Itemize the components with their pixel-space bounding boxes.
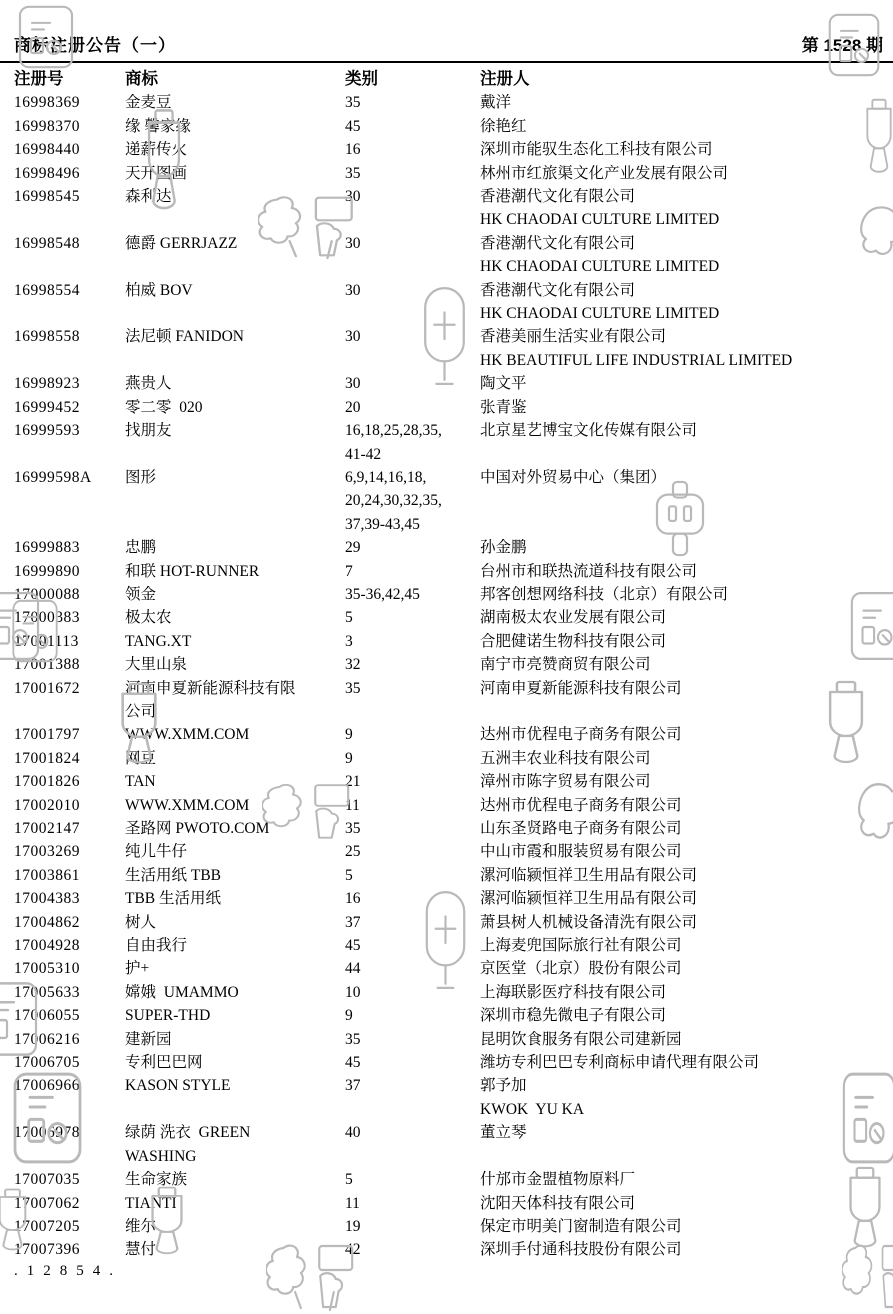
table-row: 16998496 天开图画 35 林州市红旅渠文化产业发展有限公司 bbox=[0, 162, 893, 185]
cell-line: 自由我行 bbox=[125, 934, 345, 957]
registrant-cell: 深圳手付通科技股份有限公司 bbox=[480, 1238, 893, 1261]
cell-line: 天开图画 bbox=[125, 162, 345, 185]
cell-line: 河南申夏新能源科技有限 bbox=[125, 677, 345, 700]
cell-line: 昆明饮食服务有限公司建新园 bbox=[480, 1028, 893, 1051]
column-header-reg-no: 注册号 bbox=[14, 67, 125, 90]
category-cell: 29 bbox=[345, 536, 480, 559]
cell-line: 16998440 bbox=[14, 138, 125, 161]
table-row: 16998369 金麦豆 35 戴洋 bbox=[0, 91, 893, 114]
cell-line: HK BEAUTIFUL LIFE INDUSTRIAL LIMITED bbox=[480, 349, 893, 372]
cell-line: 17001388 bbox=[14, 653, 125, 676]
cell-line: 9 bbox=[345, 723, 480, 746]
table-row: 16998923 燕贵人 30 陶文平 bbox=[0, 372, 893, 395]
category-cell: 9 bbox=[345, 1004, 480, 1027]
cell-line: 董立琴 bbox=[480, 1121, 893, 1144]
cell-line: 30 bbox=[345, 232, 480, 255]
cell-line: 香港潮代文化有限公司 bbox=[480, 279, 893, 302]
table-row: 16998370 缘 馨家缘 45 徐艳红 bbox=[0, 115, 893, 138]
page: 商标注册公告（一） 第 1528 期 注册号 商标 类别 注册人 1699836… bbox=[0, 0, 893, 1314]
registrant-cell: 戴洋 bbox=[480, 91, 893, 114]
category-cell: 9 bbox=[345, 723, 480, 746]
cell-line: 维尔 bbox=[125, 1215, 345, 1238]
cell-line: TANG.XT bbox=[125, 630, 345, 653]
cell-line: 图形 bbox=[125, 466, 345, 489]
registrant-cell: 陶文平 bbox=[480, 372, 893, 395]
category-cell: 37 bbox=[345, 911, 480, 934]
registrant-cell: 京医堂（北京）股份有限公司 bbox=[480, 957, 893, 980]
trademark-cell: WWW.XMM.COM bbox=[125, 723, 345, 746]
trademark-cell: 天开图画 bbox=[125, 162, 345, 185]
category-cell: 16,18,25,28,35,41-42 bbox=[345, 419, 480, 466]
reg-no-cell: 17001824 bbox=[14, 747, 125, 770]
table-row: 17004383 TBB 生活用纸 16 漯河临颍恒祥卫生用品有限公司 bbox=[0, 887, 893, 910]
cell-line: 35 bbox=[345, 91, 480, 114]
table-row: 17007035 生命家族 5 什邡市金盟植物原料厂 bbox=[0, 1168, 893, 1191]
reg-no-cell: 17007035 bbox=[14, 1168, 125, 1191]
cell-line: 孙金鹏 bbox=[480, 536, 893, 559]
cell-line: 17004383 bbox=[14, 887, 125, 910]
cell-line: 零二零 020 bbox=[125, 396, 345, 419]
trademark-cell: 森利达 bbox=[125, 185, 345, 208]
cell-line: 17007205 bbox=[14, 1215, 125, 1238]
table-row: 16998548 德爵 GERRJAZZ 30 香港潮代文化有限公司HK CHA… bbox=[0, 232, 893, 279]
cell-line: 17005310 bbox=[14, 957, 125, 980]
cell-line: 5 bbox=[345, 606, 480, 629]
cell-line: 嫦娥 UMAMMO bbox=[125, 981, 345, 1004]
registrant-cell: 萧县树人机械设备清洗有限公司 bbox=[480, 911, 893, 934]
cell-line: 京医堂（北京）股份有限公司 bbox=[480, 957, 893, 980]
cell-line: 漳州市陈字贸易有限公司 bbox=[480, 770, 893, 793]
cell-line: 树人 bbox=[125, 911, 345, 934]
cell-line: HK CHAODAI CULTURE LIMITED bbox=[480, 255, 893, 278]
trademark-cell: 河南申夏新能源科技有限公司 bbox=[125, 677, 345, 724]
reg-no-cell: 16999598A bbox=[14, 466, 125, 489]
table-row: 17007396 慧付 42 深圳手付通科技股份有限公司 bbox=[0, 1238, 893, 1261]
cell-line: 慧付 bbox=[125, 1238, 345, 1261]
cell-line: WASHING bbox=[125, 1145, 345, 1168]
category-cell: 19 bbox=[345, 1215, 480, 1238]
cell-line: 37 bbox=[345, 1074, 480, 1097]
cell-line: 17005633 bbox=[14, 981, 125, 1004]
table-row: 17007062 TIANTI 11 沈阳天体科技有限公司 bbox=[0, 1192, 893, 1215]
registrant-cell: 达州市优程电子商务有限公司 bbox=[480, 794, 893, 817]
registrant-cell: 昆明饮食服务有限公司建新园 bbox=[480, 1028, 893, 1051]
cell-line: 35 bbox=[345, 817, 480, 840]
category-cell: 35 bbox=[345, 1028, 480, 1051]
category-cell: 16 bbox=[345, 138, 480, 161]
cell-line: 护+ bbox=[125, 957, 345, 980]
trademark-cell: 生活用纸 TBB bbox=[125, 864, 345, 887]
registrant-cell: 董立琴 bbox=[480, 1121, 893, 1144]
category-cell: 5 bbox=[345, 1168, 480, 1191]
cell-line: 30 bbox=[345, 372, 480, 395]
cell-line: 香港美丽生活实业有限公司 bbox=[480, 325, 893, 348]
reg-no-cell: 17002010 bbox=[14, 794, 125, 817]
category-cell: 35 bbox=[345, 91, 480, 114]
table-row: 16998554 柏威 BOV 30 香港潮代文化有限公司HK CHAODAI … bbox=[0, 279, 893, 326]
reg-no-cell: 16999452 bbox=[14, 396, 125, 419]
registrant-cell: 林州市红旅渠文化产业发展有限公司 bbox=[480, 162, 893, 185]
category-cell: 30 bbox=[345, 372, 480, 395]
registrant-cell: 河南申夏新能源科技有限公司 bbox=[480, 677, 893, 700]
trademark-cell: KASON STYLE bbox=[125, 1074, 345, 1097]
trademark-cell: 建新园 bbox=[125, 1028, 345, 1051]
table-row: 16999883 忠鹏 29 孙金鹏 bbox=[0, 536, 893, 559]
trademark-cell: 忠鹏 bbox=[125, 536, 345, 559]
reg-no-cell: 17005633 bbox=[14, 981, 125, 1004]
table-header-row: 注册号 商标 类别 注册人 bbox=[0, 67, 893, 90]
category-cell: 5 bbox=[345, 864, 480, 887]
trademark-cell: 燕贵人 bbox=[125, 372, 345, 395]
cell-line: 17003861 bbox=[14, 864, 125, 887]
category-cell: 3 bbox=[345, 630, 480, 653]
registrant-cell: 深圳市稳先微电子有限公司 bbox=[480, 1004, 893, 1027]
reg-no-cell: 17000383 bbox=[14, 606, 125, 629]
trademark-cell: 圣路网 PWOTO.COM bbox=[125, 817, 345, 840]
trademark-cell: 找朋友 bbox=[125, 419, 345, 442]
cell-line: 16998554 bbox=[14, 279, 125, 302]
registrant-cell: 保定市明美门窗制造有限公司 bbox=[480, 1215, 893, 1238]
trademark-cell: 递薪传火 bbox=[125, 138, 345, 161]
cell-line: 35 bbox=[345, 162, 480, 185]
reg-no-cell: 17002147 bbox=[14, 817, 125, 840]
cell-line: 16,18,25,28,35, bbox=[345, 419, 480, 442]
cell-line: TIANTI bbox=[125, 1192, 345, 1215]
cell-line: 萧县树人机械设备清洗有限公司 bbox=[480, 911, 893, 934]
registrant-cell: 中山市霞和服装贸易有限公司 bbox=[480, 840, 893, 863]
table-row: 17004928 自由我行 45 上海麦兜国际旅行社有限公司 bbox=[0, 934, 893, 957]
category-cell: 35 bbox=[345, 677, 480, 700]
trademark-cell: TAN bbox=[125, 770, 345, 793]
reg-no-cell: 17006055 bbox=[14, 1004, 125, 1027]
cell-line: WWW.XMM.COM bbox=[125, 794, 345, 817]
cell-line: 张青鉴 bbox=[480, 396, 893, 419]
cell-line: 上海麦兜国际旅行社有限公司 bbox=[480, 934, 893, 957]
cell-line: 45 bbox=[345, 934, 480, 957]
cell-line: 16998496 bbox=[14, 162, 125, 185]
cell-line: 极太农 bbox=[125, 606, 345, 629]
reg-no-cell: 16998370 bbox=[14, 115, 125, 138]
registrant-cell: 香港美丽生活实业有限公司HK BEAUTIFUL LIFE INDUSTRIAL… bbox=[480, 325, 893, 372]
cell-line: 25 bbox=[345, 840, 480, 863]
trademark-cell: 柏威 BOV bbox=[125, 279, 345, 302]
trademark-cell: WWW.XMM.COM bbox=[125, 794, 345, 817]
table-row: 17006216 建新园 35 昆明饮食服务有限公司建新园 bbox=[0, 1028, 893, 1051]
registrant-cell: 北京星艺博宝文化传媒有限公司 bbox=[480, 419, 893, 442]
reg-no-cell: 17003269 bbox=[14, 840, 125, 863]
cell-line: TAN bbox=[125, 770, 345, 793]
cell-line: 法尼顿 FANIDON bbox=[125, 325, 345, 348]
trademark-cell: 缘 馨家缘 bbox=[125, 115, 345, 138]
cell-line: 绿荫 洗衣 GREEN bbox=[125, 1121, 345, 1144]
cell-line: 17002010 bbox=[14, 794, 125, 817]
table-row: 17000383 极太农 5 湖南极太农业发展有限公司 bbox=[0, 606, 893, 629]
trademark-cell: 德爵 GERRJAZZ bbox=[125, 232, 345, 255]
trademark-cell: 极太农 bbox=[125, 606, 345, 629]
cell-line: 40 bbox=[345, 1121, 480, 1144]
table-row: 16998440 递薪传火 16 深圳市能驭生态化工科技有限公司 bbox=[0, 138, 893, 161]
category-cell: 45 bbox=[345, 1051, 480, 1074]
cell-line: 17006966 bbox=[14, 1074, 125, 1097]
cell-line: WWW.XMM.COM bbox=[125, 723, 345, 746]
registrant-cell: 孙金鹏 bbox=[480, 536, 893, 559]
table-row: 16999890 和联 HOT-RUNNER 7 台州市和联热流道科技有限公司 bbox=[0, 560, 893, 583]
category-cell: 5 bbox=[345, 606, 480, 629]
registrant-cell: 漯河临颍恒祥卫生用品有限公司 bbox=[480, 864, 893, 887]
cell-line: 上海联影医疗科技有限公司 bbox=[480, 981, 893, 1004]
trademark-cell: 维尔 bbox=[125, 1215, 345, 1238]
cell-line: 保定市明美门窗制造有限公司 bbox=[480, 1215, 893, 1238]
cell-line: 德爵 GERRJAZZ bbox=[125, 232, 345, 255]
cell-line: KWOK YU KA bbox=[480, 1098, 893, 1121]
table-row: 17005310 护+ 44 京医堂（北京）股份有限公司 bbox=[0, 957, 893, 980]
registrant-cell: 上海麦兜国际旅行社有限公司 bbox=[480, 934, 893, 957]
cell-line: 17001824 bbox=[14, 747, 125, 770]
cell-line: 9 bbox=[345, 1004, 480, 1027]
cell-line: 30 bbox=[345, 325, 480, 348]
reg-no-cell: 16999593 bbox=[14, 419, 125, 442]
reg-no-cell: 16998554 bbox=[14, 279, 125, 302]
cell-line: 缘 馨家缘 bbox=[125, 115, 345, 138]
table-row: 17001388 大里山泉 32 南宁市亮赞商贸有限公司 bbox=[0, 653, 893, 676]
cell-line: 香港潮代文化有限公司 bbox=[480, 232, 893, 255]
reg-no-cell: 16999883 bbox=[14, 536, 125, 559]
registrant-cell: 什邡市金盟植物原料厂 bbox=[480, 1168, 893, 1191]
registrant-cell: 漯河临颍恒祥卫生用品有限公司 bbox=[480, 887, 893, 910]
reg-no-cell: 17006705 bbox=[14, 1051, 125, 1074]
cell-line: 林州市红旅渠文化产业发展有限公司 bbox=[480, 162, 893, 185]
category-cell: 42 bbox=[345, 1238, 480, 1261]
trademark-cell: 法尼顿 FANIDON bbox=[125, 325, 345, 348]
cell-line: 达州市优程电子商务有限公司 bbox=[480, 723, 893, 746]
reg-no-cell: 17004928 bbox=[14, 934, 125, 957]
trademark-cell: 大里山泉 bbox=[125, 653, 345, 676]
table-row: 17003269 纯儿牛仔 25 中山市霞和服装贸易有限公司 bbox=[0, 840, 893, 863]
table-row: 16999452 零二零 020 20 张青鉴 bbox=[0, 396, 893, 419]
cell-line: 20,24,30,32,35, bbox=[345, 489, 480, 512]
cell-line: 陶文平 bbox=[480, 372, 893, 395]
reg-no-cell: 17001797 bbox=[14, 723, 125, 746]
reg-no-cell: 17006978 bbox=[14, 1121, 125, 1144]
cell-line: 16998548 bbox=[14, 232, 125, 255]
table-row: 17001797 WWW.XMM.COM 9 达州市优程电子商务有限公司 bbox=[0, 723, 893, 746]
reg-no-cell: 17001826 bbox=[14, 770, 125, 793]
cell-line: 森利达 bbox=[125, 185, 345, 208]
cell-line: 16998369 bbox=[14, 91, 125, 114]
table-row: 17005633 嫦娥 UMAMMO 10 上海联影医疗科技有限公司 bbox=[0, 981, 893, 1004]
cell-line: 16999452 bbox=[14, 396, 125, 419]
cell-line: 35 bbox=[345, 1028, 480, 1051]
cell-line: 17004862 bbox=[14, 911, 125, 934]
cell-line: 合肥健诺生物科技有限公司 bbox=[480, 630, 893, 653]
cell-line: 16998923 bbox=[14, 372, 125, 395]
table-row: 17001824 网豆 9 五洲丰农业科技有限公司 bbox=[0, 747, 893, 770]
trademark-cell: 和联 HOT-RUNNER bbox=[125, 560, 345, 583]
column-header-trademark: 商标 bbox=[125, 67, 345, 90]
cell-line: 17007396 bbox=[14, 1238, 125, 1261]
cell-line: 徐艳红 bbox=[480, 115, 893, 138]
cell-line: HK CHAODAI CULTURE LIMITED bbox=[480, 208, 893, 231]
cell-line: 生活用纸 TBB bbox=[125, 864, 345, 887]
reg-no-cell: 16998545 bbox=[14, 185, 125, 208]
cell-line: 16999593 bbox=[14, 419, 125, 442]
cell-line: 30 bbox=[345, 279, 480, 302]
trademark-cell: 慧付 bbox=[125, 1238, 345, 1261]
cell-line: 11 bbox=[345, 1192, 480, 1215]
table-body: 16998369 金麦豆 35 戴洋 16998370 缘 馨家缘 45 徐艳红… bbox=[0, 91, 893, 1261]
cell-line: 16998545 bbox=[14, 185, 125, 208]
page-number: .12854. bbox=[14, 1263, 122, 1280]
cell-line: 29 bbox=[345, 536, 480, 559]
cell-line: TBB 生活用纸 bbox=[125, 887, 345, 910]
cell-line: 7 bbox=[345, 560, 480, 583]
trademark-cell: 领金 bbox=[125, 583, 345, 606]
cell-line: 郭予加 bbox=[480, 1074, 893, 1097]
trademark-cell: 树人 bbox=[125, 911, 345, 934]
table-row: 17000088 领金 35-36,42,45 邦客创想网络科技（北京）有限公司 bbox=[0, 583, 893, 606]
cell-line: 17000383 bbox=[14, 606, 125, 629]
trademark-cell: 护+ bbox=[125, 957, 345, 980]
cell-line: 深圳市能驭生态化工科技有限公司 bbox=[480, 138, 893, 161]
cell-line: 漯河临颍恒祥卫生用品有限公司 bbox=[480, 887, 893, 910]
cell-line: 潍坊专利巴巴专利商标申请代理有限公司 bbox=[480, 1051, 893, 1074]
reg-no-cell: 17007396 bbox=[14, 1238, 125, 1261]
reg-no-cell: 16998923 bbox=[14, 372, 125, 395]
cell-line: 21 bbox=[345, 770, 480, 793]
category-cell: 16 bbox=[345, 887, 480, 910]
table-row: 17002147 圣路网 PWOTO.COM 35 山东圣贤路电子商务有限公司 bbox=[0, 817, 893, 840]
cell-line: 湖南极太农业发展有限公司 bbox=[480, 606, 893, 629]
reg-no-cell: 17001388 bbox=[14, 653, 125, 676]
cell-line: 17006055 bbox=[14, 1004, 125, 1027]
cell-line: 20 bbox=[345, 396, 480, 419]
cell-line: 领金 bbox=[125, 583, 345, 606]
cell-line: 北京星艺博宝文化传媒有限公司 bbox=[480, 419, 893, 442]
reg-no-cell: 17000088 bbox=[14, 583, 125, 606]
registrant-cell: 漳州市陈字贸易有限公司 bbox=[480, 770, 893, 793]
cell-line: 3 bbox=[345, 630, 480, 653]
issue-number: 第 1528 期 bbox=[802, 31, 883, 56]
cell-line: SUPER-THD bbox=[125, 1004, 345, 1027]
category-cell: 30 bbox=[345, 325, 480, 348]
registrant-cell: 台州市和联热流道科技有限公司 bbox=[480, 560, 893, 583]
reg-no-cell: 16998548 bbox=[14, 232, 125, 255]
cell-line: 16999883 bbox=[14, 536, 125, 559]
category-cell: 44 bbox=[345, 957, 480, 980]
registrant-cell: 张青鉴 bbox=[480, 396, 893, 419]
reg-no-cell: 16999890 bbox=[14, 560, 125, 583]
cell-line: 公司 bbox=[125, 700, 345, 723]
table-row: 16998545 森利达 30 香港潮代文化有限公司HK CHAODAI CUL… bbox=[0, 185, 893, 232]
cell-line: 45 bbox=[345, 1051, 480, 1074]
cell-line: 圣路网 PWOTO.COM bbox=[125, 817, 345, 840]
trademark-cell: 图形 bbox=[125, 466, 345, 489]
table-row: 17002010 WWW.XMM.COM 11 达州市优程电子商务有限公司 bbox=[0, 794, 893, 817]
trademark-cell: 网豆 bbox=[125, 747, 345, 770]
trademark-cell: 生命家族 bbox=[125, 1168, 345, 1191]
registrant-cell: 徐艳红 bbox=[480, 115, 893, 138]
cell-line: 五洲丰农业科技有限公司 bbox=[480, 747, 893, 770]
cell-line: 忠鹏 bbox=[125, 536, 345, 559]
column-header-category: 类别 bbox=[345, 67, 480, 90]
cell-line: 32 bbox=[345, 653, 480, 676]
category-cell: 35 bbox=[345, 162, 480, 185]
reg-no-cell: 17004862 bbox=[14, 911, 125, 934]
cell-line: 41-42 bbox=[345, 443, 480, 466]
cell-line: 17001826 bbox=[14, 770, 125, 793]
cell-line: 17001113 bbox=[14, 630, 125, 653]
cell-line: 42 bbox=[345, 1238, 480, 1261]
cell-line: 达州市优程电子商务有限公司 bbox=[480, 794, 893, 817]
cell-line: 10 bbox=[345, 981, 480, 1004]
category-cell: 21 bbox=[345, 770, 480, 793]
cell-line: 邦客创想网络科技（北京）有限公司 bbox=[480, 583, 893, 606]
cell-line: 9 bbox=[345, 747, 480, 770]
registrant-cell: 南宁市亮赞商贸有限公司 bbox=[480, 653, 893, 676]
cell-line: 17000088 bbox=[14, 583, 125, 606]
cell-line: 45 bbox=[345, 115, 480, 138]
table-row: 17006055 SUPER-THD 9 深圳市稳先微电子有限公司 bbox=[0, 1004, 893, 1027]
cell-line: 什邡市金盟植物原料厂 bbox=[480, 1168, 893, 1191]
cell-line: 建新园 bbox=[125, 1028, 345, 1051]
category-cell: 20 bbox=[345, 396, 480, 419]
cell-line: 河南申夏新能源科技有限公司 bbox=[480, 677, 893, 700]
reg-no-cell: 17001672 bbox=[14, 677, 125, 700]
trademark-cell: TANG.XT bbox=[125, 630, 345, 653]
cell-line: 燕贵人 bbox=[125, 372, 345, 395]
trademark-cell: TBB 生活用纸 bbox=[125, 887, 345, 910]
cell-line: 递薪传火 bbox=[125, 138, 345, 161]
cell-line: 17006705 bbox=[14, 1051, 125, 1074]
cell-line: 漯河临颍恒祥卫生用品有限公司 bbox=[480, 864, 893, 887]
table-row: 17006705 专利巴巴网 45 潍坊专利巴巴专利商标申请代理有限公司 bbox=[0, 1051, 893, 1074]
category-cell: 9 bbox=[345, 747, 480, 770]
cell-line: 6,9,14,16,18, bbox=[345, 466, 480, 489]
cell-line: 5 bbox=[345, 864, 480, 887]
reg-no-cell: 16998440 bbox=[14, 138, 125, 161]
category-cell: 45 bbox=[345, 934, 480, 957]
cell-line: HK CHAODAI CULTURE LIMITED bbox=[480, 302, 893, 325]
header-divider bbox=[0, 61, 893, 63]
cell-line: 35 bbox=[345, 677, 480, 700]
registrant-cell: 达州市优程电子商务有限公司 bbox=[480, 723, 893, 746]
category-cell: 45 bbox=[345, 115, 480, 138]
table-row: 17006966 KASON STYLE 37 郭予加KWOK YU KA bbox=[0, 1074, 893, 1121]
cell-line: 17003269 bbox=[14, 840, 125, 863]
cell-line: 深圳市稳先微电子有限公司 bbox=[480, 1004, 893, 1027]
cell-line: 17007035 bbox=[14, 1168, 125, 1191]
registrant-cell: 潍坊专利巴巴专利商标申请代理有限公司 bbox=[480, 1051, 893, 1074]
cell-line: 和联 HOT-RUNNER bbox=[125, 560, 345, 583]
cell-line: 找朋友 bbox=[125, 419, 345, 442]
registrant-cell: 五洲丰农业科技有限公司 bbox=[480, 747, 893, 770]
cell-line: 16998370 bbox=[14, 115, 125, 138]
category-cell: 32 bbox=[345, 653, 480, 676]
cell-line: 16999598A bbox=[14, 466, 125, 489]
table-row: 17006978 绿荫 洗衣 GREENWASHING 40 董立琴 bbox=[0, 1121, 893, 1168]
page-title: 商标注册公告（一） bbox=[14, 31, 176, 56]
cell-line: 纯儿牛仔 bbox=[125, 840, 345, 863]
cell-line: 柏威 BOV bbox=[125, 279, 345, 302]
cell-line: 19 bbox=[345, 1215, 480, 1238]
cell-line: 16998558 bbox=[14, 325, 125, 348]
cell-line: 35-36,42,45 bbox=[345, 583, 480, 606]
cell-line: 17001797 bbox=[14, 723, 125, 746]
cell-line: 山东圣贤路电子商务有限公司 bbox=[480, 817, 893, 840]
category-cell: 30 bbox=[345, 279, 480, 302]
table-row: 16999593 找朋友 16,18,25,28,35,41-42 北京星艺博宝… bbox=[0, 419, 893, 466]
category-cell: 6,9,14,16,18,20,24,30,32,35,37,39-43,45 bbox=[345, 466, 480, 536]
